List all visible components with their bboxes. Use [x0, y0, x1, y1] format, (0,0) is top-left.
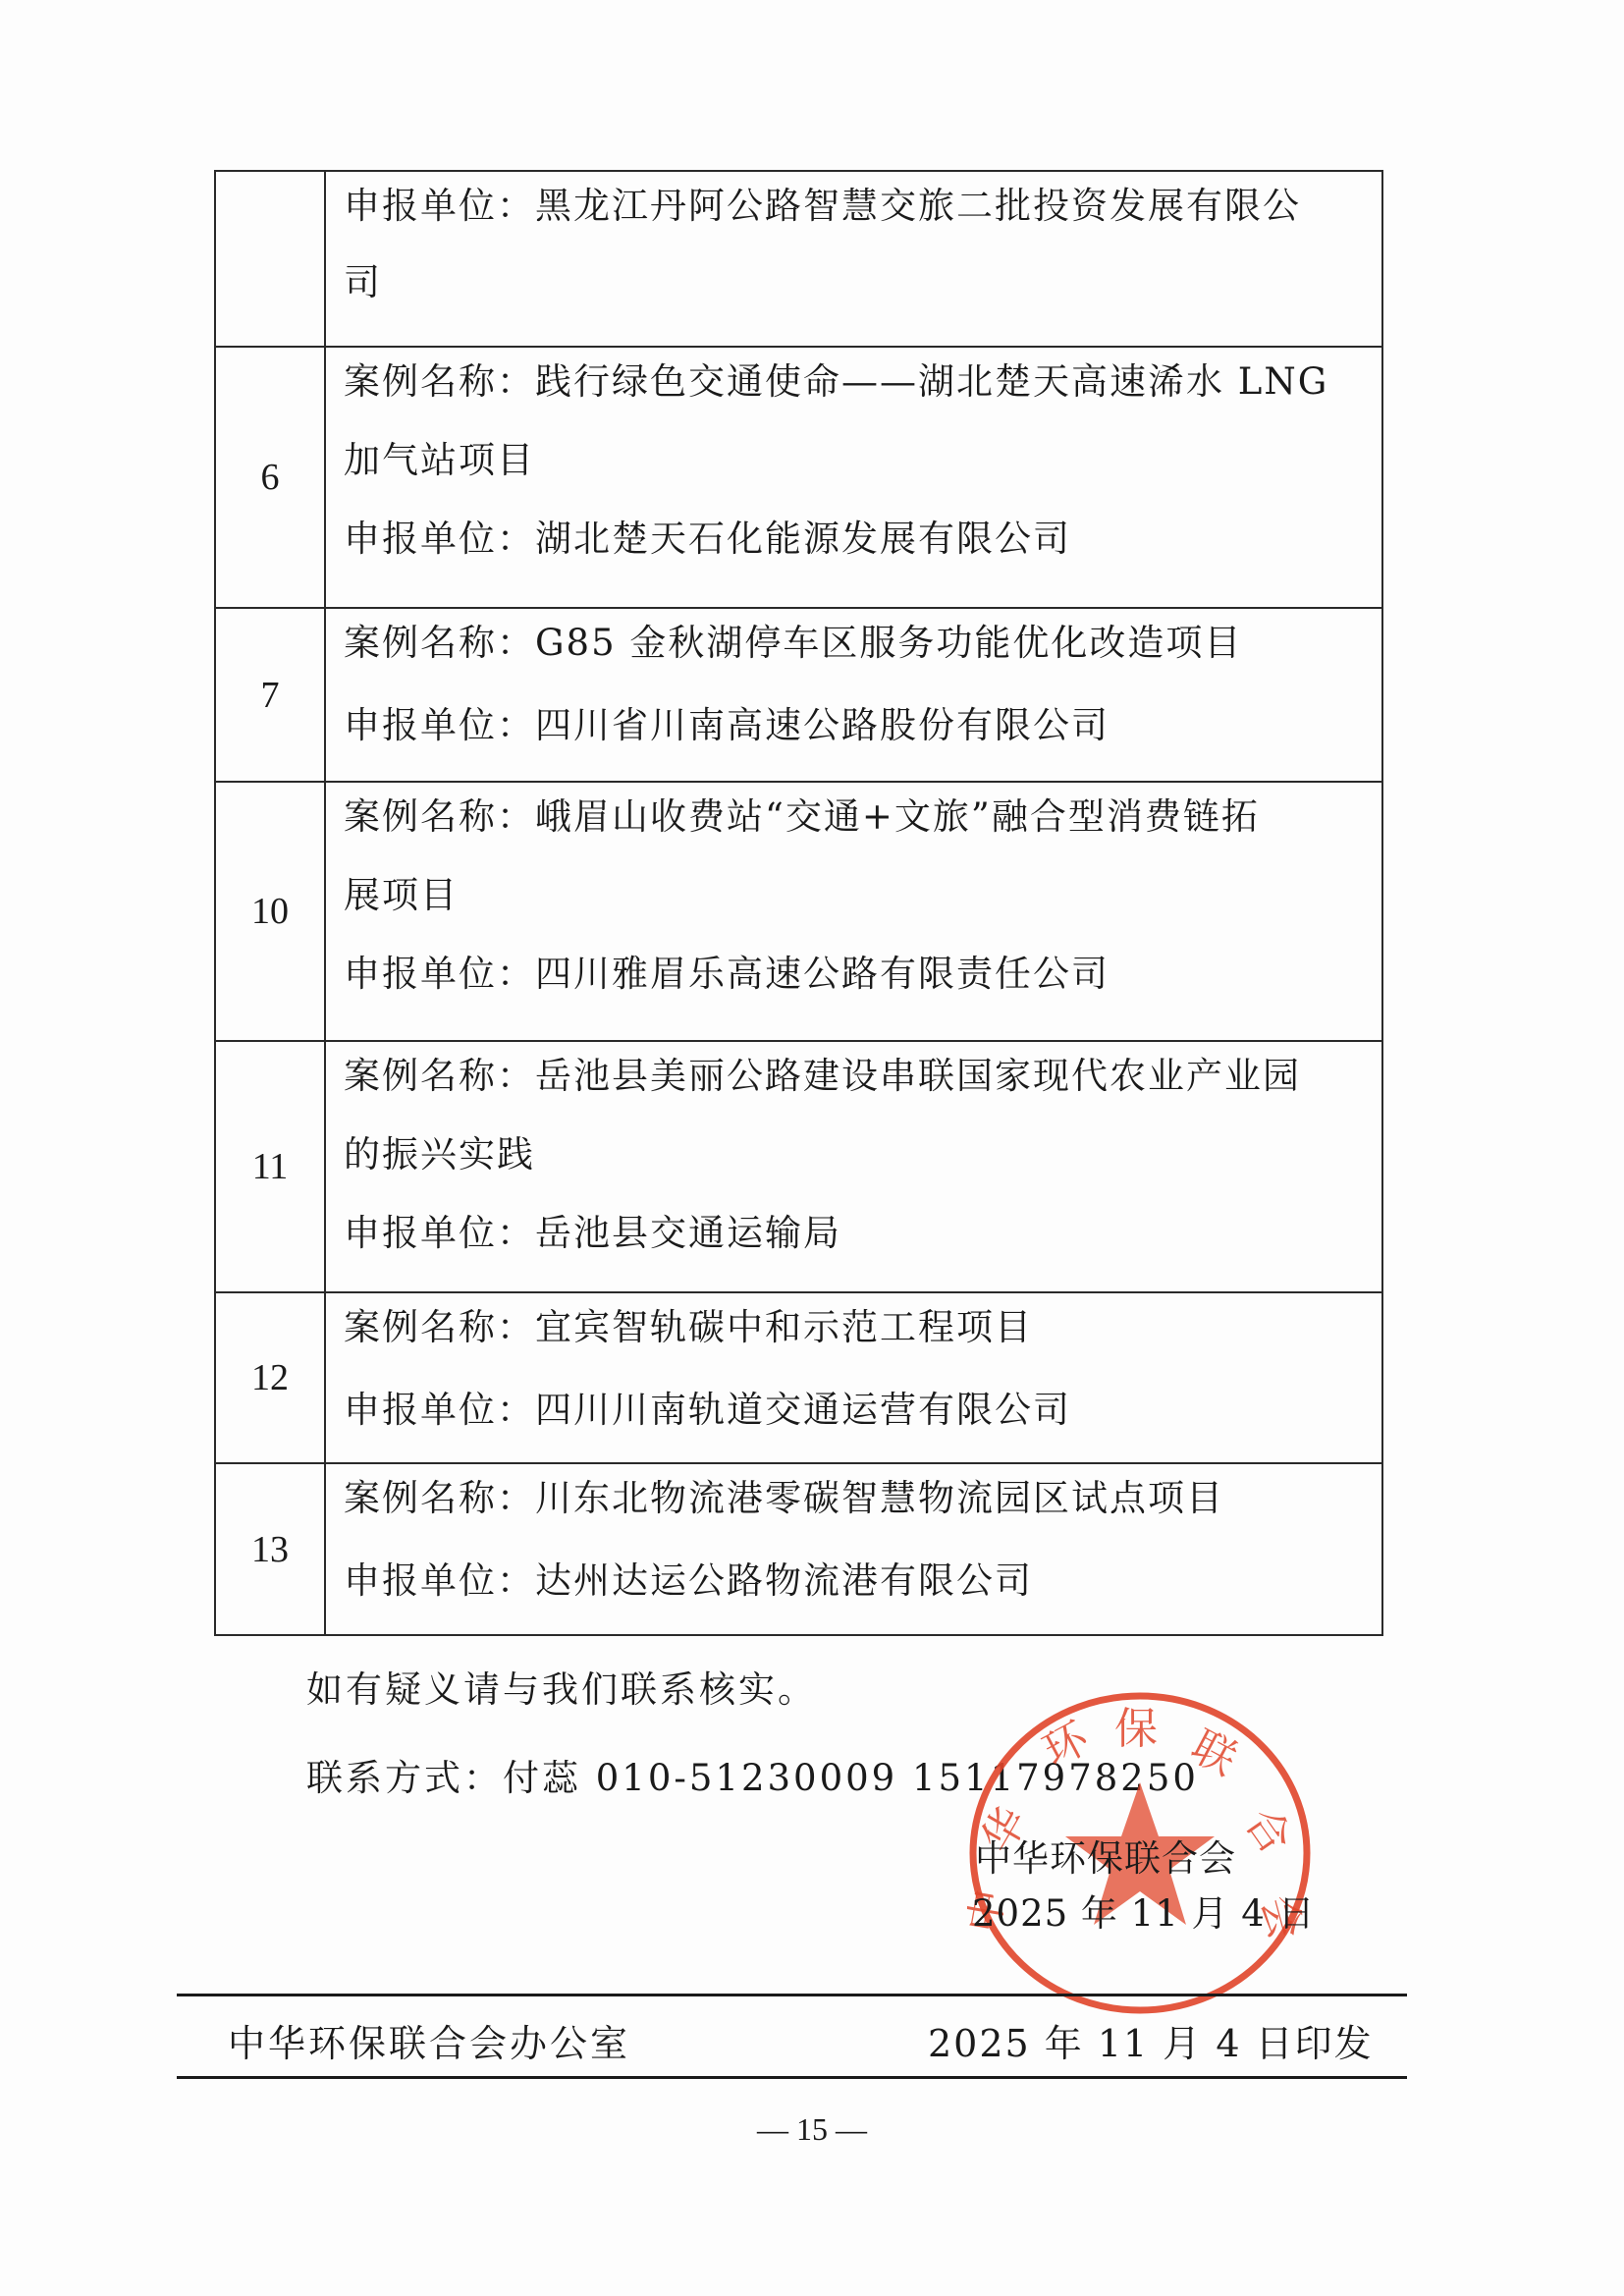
- svg-text:合: 合: [1235, 1799, 1301, 1863]
- page-number: — 15 —: [0, 2111, 1624, 2148]
- row-content: 案例名称：G85 金秋湖停车区服务功能优化改造项目 申报单位：四川省川南高速公路…: [326, 609, 1381, 781]
- case-name-line-cont: 加气站项目: [344, 432, 1372, 489]
- row-content: 案例名称：峨眉山收费站“交通+文旅”融合型消费链拓 展项目 申报单位：四川雅眉乐…: [326, 783, 1381, 1040]
- applicant-line: 申报单位：湖北楚天石化能源发展有限公司: [344, 511, 1372, 568]
- row-content: 案例名称：川东北物流港零碳智慧物流园区试点项目 申报单位：达州达运公路物流港有限…: [326, 1464, 1381, 1634]
- applicant-line: 申报单位：四川省川南高速公路股份有限公司: [344, 697, 1372, 754]
- row-number: 7: [216, 609, 326, 781]
- footer-issuer: 中华环保联合会办公室: [228, 2013, 630, 2067]
- table-row: 13 案例名称：川东北物流港零碳智慧物流园区试点项目 申报单位：达州达运公路物流…: [216, 1464, 1381, 1636]
- applicant-line: 申报单位：达州达运公路物流港有限公司: [344, 1553, 1372, 1610]
- row-content: 案例名称：岳池县美丽公路建设串联国家现代农业产业园 的振兴实践 申报单位：岳池县…: [326, 1042, 1381, 1291]
- row-number: [216, 172, 326, 346]
- row-number: 11: [216, 1042, 326, 1291]
- table-row: 10 案例名称：峨眉山收费站“交通+文旅”融合型消费链拓 展项目 申报单位：四川…: [216, 783, 1381, 1042]
- row-content: 申报单位：黑龙江丹阿公路智慧交旅二批投资发展有限公 司: [326, 172, 1381, 346]
- case-table: 申报单位：黑龙江丹阿公路智慧交旅二批投资发展有限公 司 6 案例名称：践行绿色交…: [214, 170, 1383, 1636]
- applicant-line: 申报单位：四川雅眉乐高速公路有限责任公司: [344, 946, 1372, 1003]
- applicant-line: 申报单位：岳池县交通运输局: [344, 1205, 1372, 1262]
- signature-date: 2025 年 11 月 4 日: [972, 1884, 1316, 1937]
- case-name-line: 案例名称：川东北物流港零碳智慧物流园区试点项目: [344, 1470, 1372, 1527]
- table-row: 7 案例名称：G85 金秋湖停车区服务功能优化改造项目 申报单位：四川省川南高速…: [216, 609, 1381, 783]
- case-name-line: 案例名称：峨眉山收费站“交通+文旅”融合型消费链拓: [344, 789, 1372, 846]
- row-number: 10: [216, 783, 326, 1040]
- footer-top-rule: [177, 1994, 1407, 1996]
- case-name-line: 案例名称：宜宾智轨碳中和示范工程项目: [344, 1299, 1372, 1356]
- row-content: 案例名称：宜宾智轨碳中和示范工程项目 申报单位：四川川南轨道交通运营有限公司: [326, 1293, 1381, 1462]
- row-number: 13: [216, 1464, 326, 1634]
- case-name-line-cont: 的振兴实践: [344, 1126, 1372, 1183]
- table-row: 6 案例名称：践行绿色交通使命——湖北楚天高速浠水 LNG 加气站项目 申报单位…: [216, 348, 1381, 609]
- applicant-line: 申报单位：黑龙江丹阿公路智慧交旅二批投资发展有限公: [344, 178, 1372, 235]
- svg-text:保: 保: [1114, 1704, 1158, 1754]
- applicant-line: 申报单位：四川川南轨道交通运营有限公司: [344, 1382, 1372, 1439]
- applicant-line-cont: 司: [344, 254, 1372, 311]
- inquiry-note: 如有疑义请与我们联系核实。: [306, 1660, 817, 1713]
- footer-bottom-rule: [177, 2076, 1407, 2079]
- case-name-line: 案例名称：岳池县美丽公路建设串联国家现代农业产业园: [344, 1048, 1372, 1105]
- row-content: 案例名称：践行绿色交通使命——湖北楚天高速浠水 LNG 加气站项目 申报单位：湖…: [326, 348, 1381, 607]
- table-row: 11 案例名称：岳池县美丽公路建设串联国家现代农业产业园 的振兴实践 申报单位：…: [216, 1042, 1381, 1293]
- table-row: 申报单位：黑龙江丹阿公路智慧交旅二批投资发展有限公 司: [216, 172, 1381, 348]
- case-name-line: 案例名称：践行绿色交通使命——湖北楚天高速浠水 LNG: [344, 354, 1372, 410]
- signature-organization: 中华环保联合会: [975, 1829, 1236, 1882]
- document-page: 申报单位：黑龙江丹阿公路智慧交旅二批投资发展有限公 司 6 案例名称：践行绿色交…: [0, 0, 1624, 2296]
- case-name-line-cont: 展项目: [344, 867, 1372, 924]
- case-name-line: 案例名称：G85 金秋湖停车区服务功能优化改造项目: [344, 615, 1372, 672]
- contact-info: 联系方式：付蕊 010-51230009 15117978250: [306, 1748, 1199, 1801]
- table-row: 12 案例名称：宜宾智轨碳中和示范工程项目 申报单位：四川川南轨道交通运营有限公…: [216, 1293, 1381, 1464]
- row-number: 12: [216, 1293, 326, 1462]
- row-number: 6: [216, 348, 326, 607]
- footer-issue-date: 2025 年 11 月 4 日印发: [928, 2013, 1374, 2067]
